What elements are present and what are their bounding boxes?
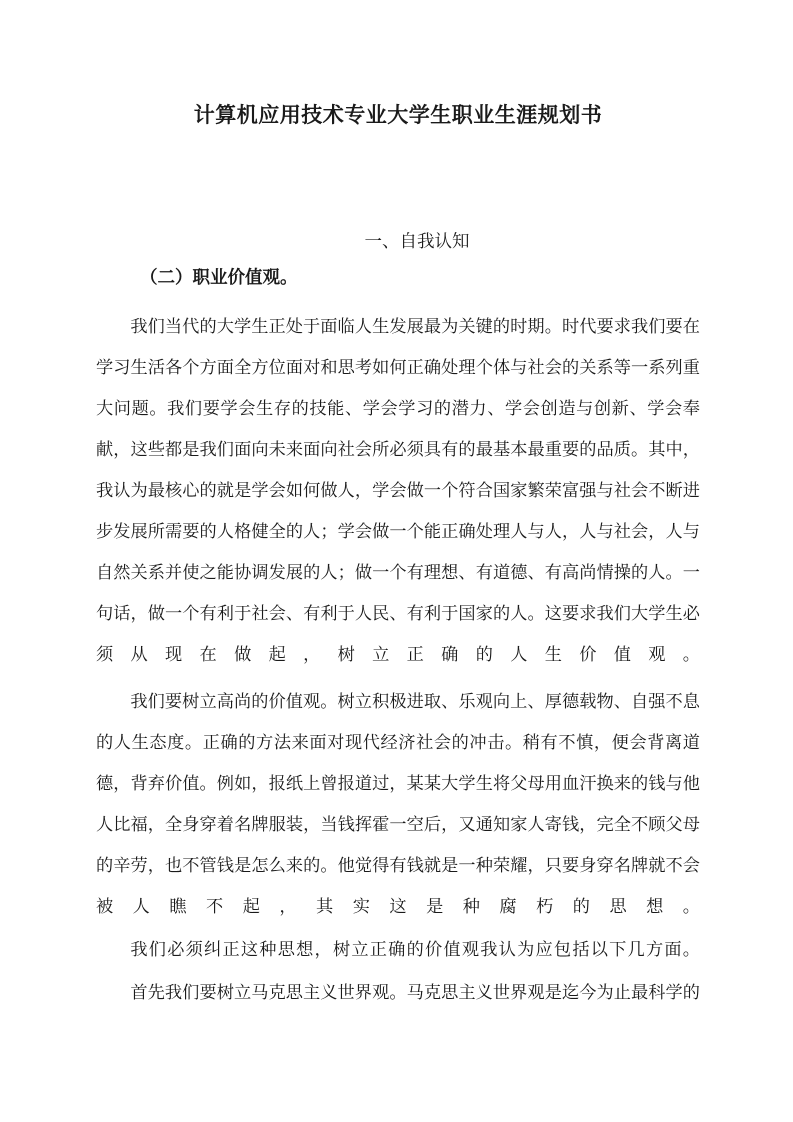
paragraph: 我们当代的大学生正处于面临人生发展最为关键的时期。时代要求我们要在学习生活各个方…: [96, 306, 700, 675]
subsection-heading: （二）职业价值观。: [96, 259, 700, 295]
paragraph: 我们必须纠正这种思想，树立正确的价值观我认为应包括以下几方面。: [96, 929, 700, 970]
paragraph: 首先我们要树立马克思主义世界观。马克思主义世界观是迄今为止最科学的: [96, 972, 700, 1013]
paragraph: 我们要树立高尚的价值观。树立积极进取、乐观向上、厚德载物、自强不息的人生态度。正…: [96, 681, 700, 927]
document-title: 计算机应用技术专业大学生职业生涯规划书: [96, 96, 700, 136]
document-page: 计算机应用技术专业大学生职业生涯规划书 一、自我认知 （二）职业价值观。 我们当…: [0, 0, 793, 1122]
section-heading: 一、自我认知: [115, 223, 719, 259]
